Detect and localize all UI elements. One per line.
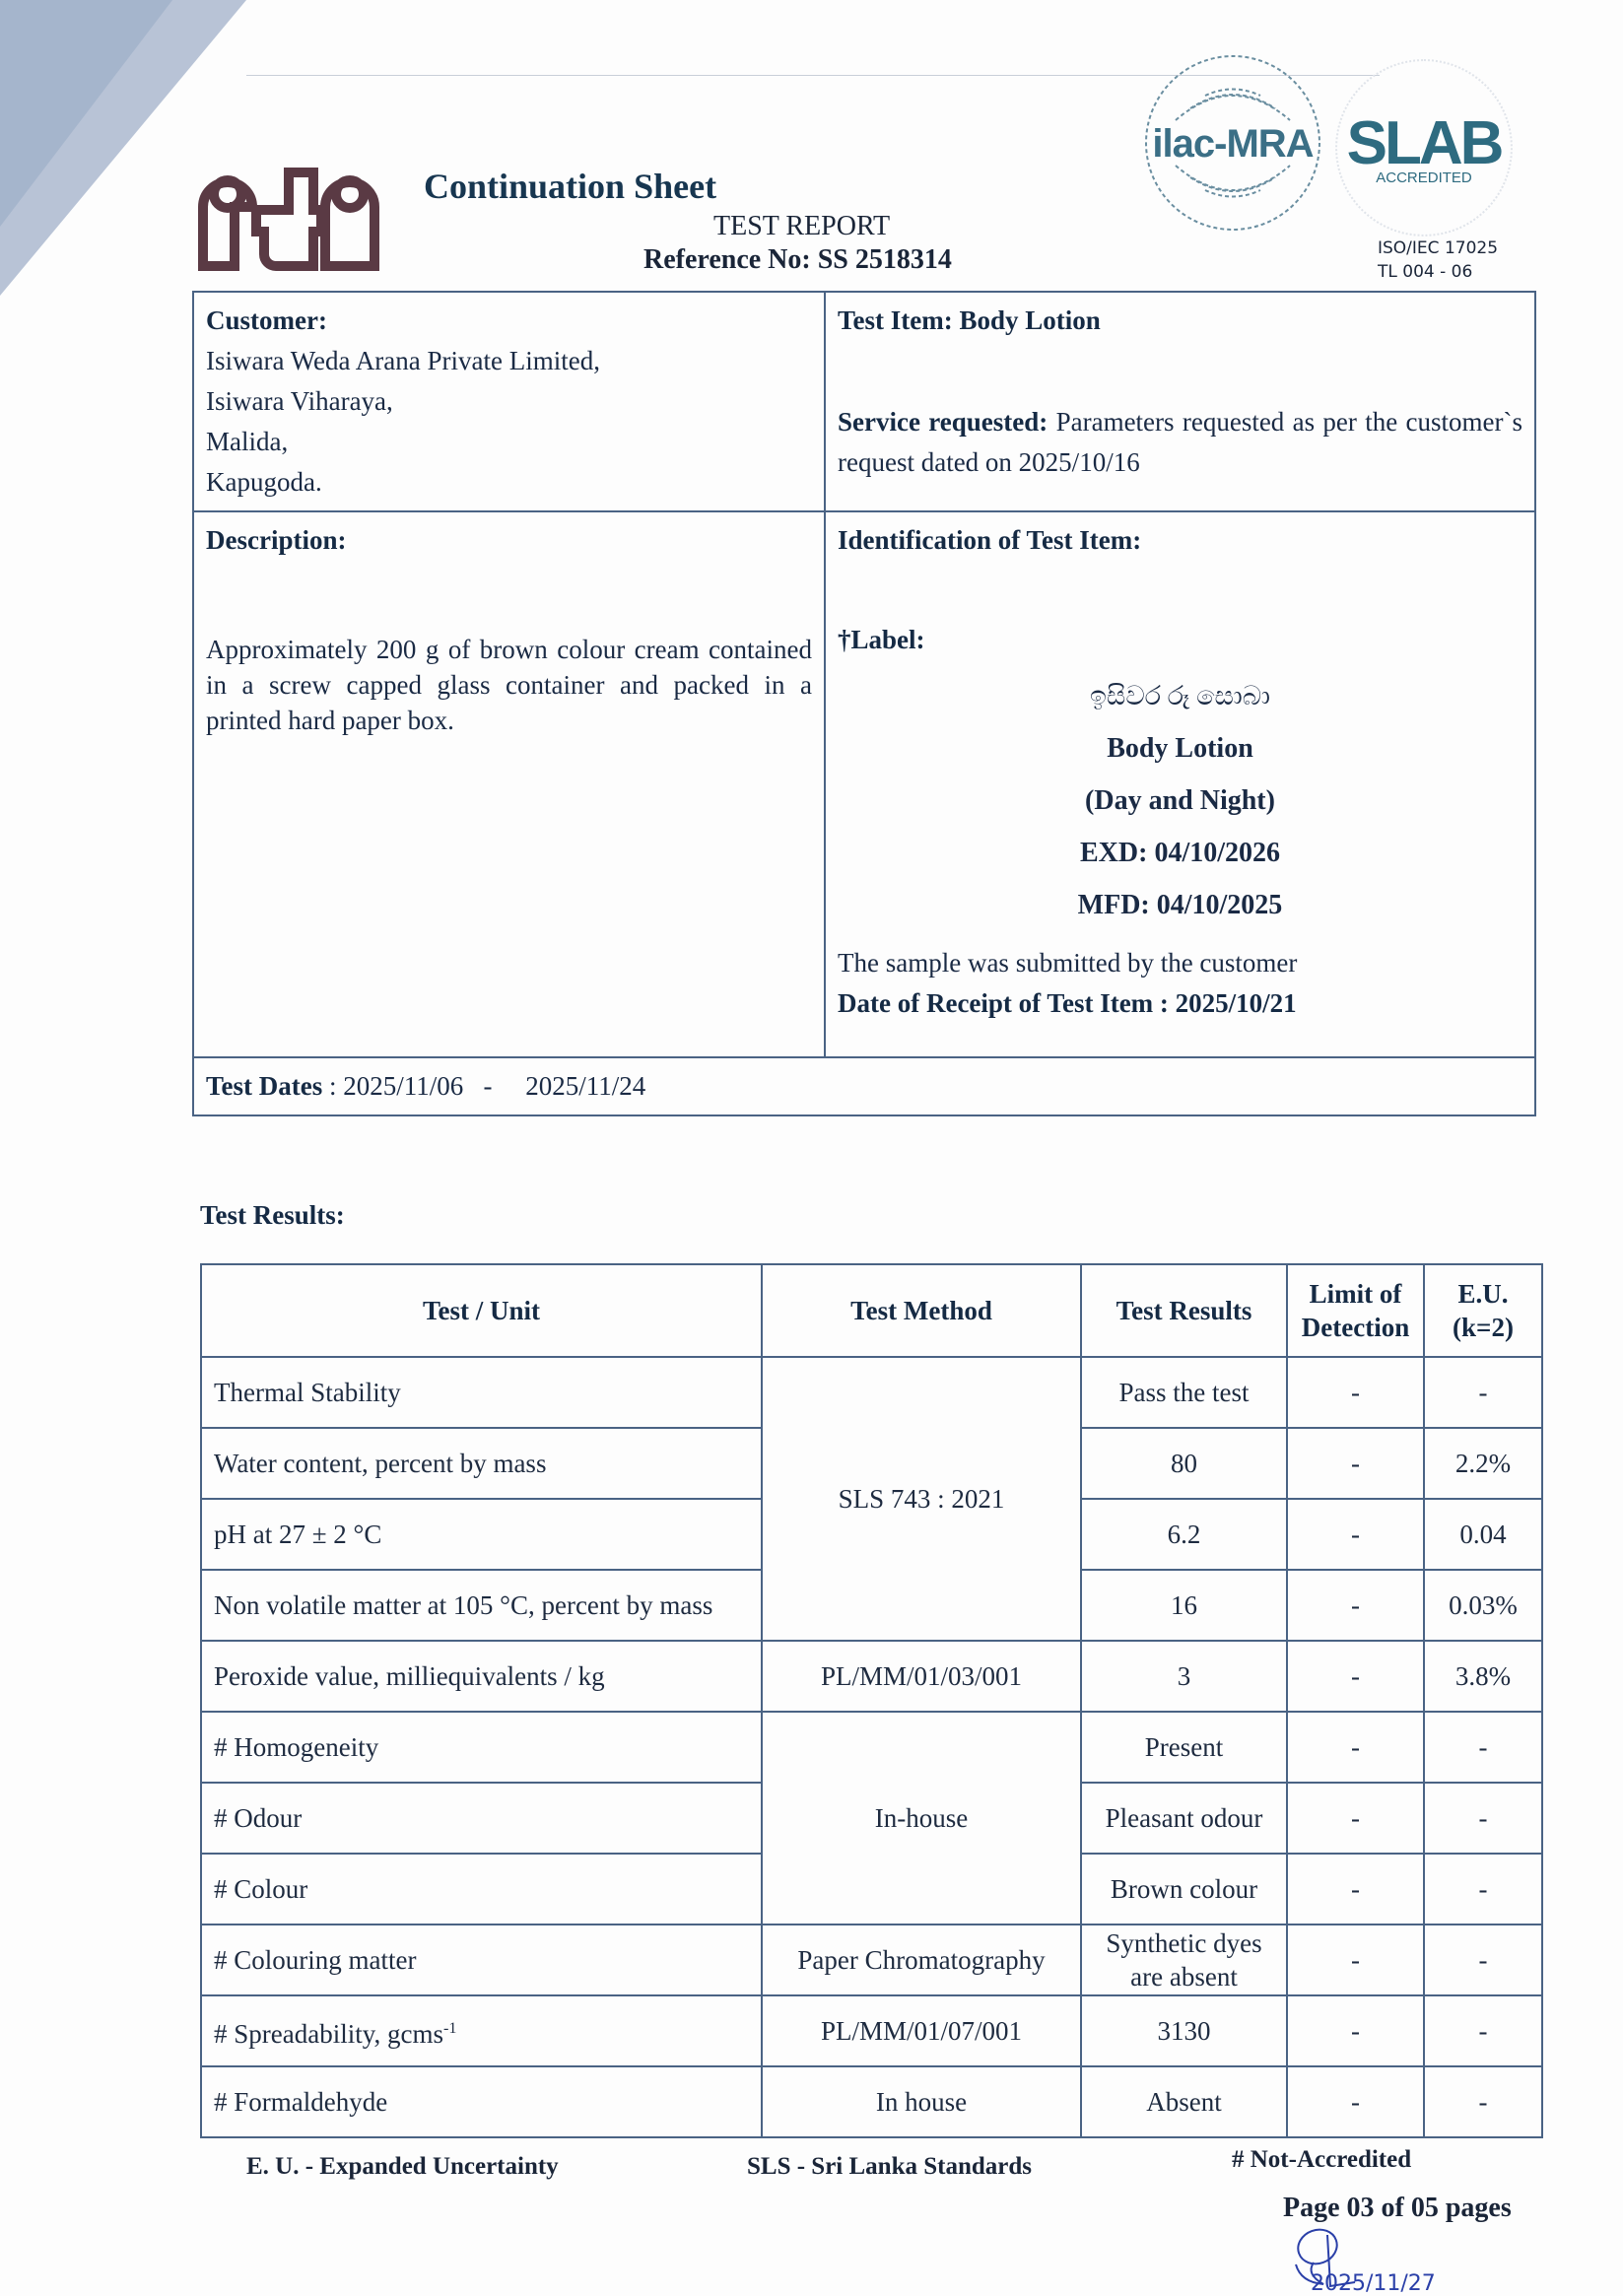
page-corner-shadow bbox=[0, 0, 172, 227]
results-title: Test Results: bbox=[200, 1200, 345, 1231]
test-method: SLS 743 : 2021 bbox=[762, 1357, 1081, 1641]
customer-label: Customer: bbox=[206, 305, 327, 335]
slab-accredited-logo-icon: SLAB ACCREDITED bbox=[1335, 59, 1513, 236]
limit-of-detection: - bbox=[1287, 1499, 1424, 1570]
service-requested: Service requested: Parameters requested … bbox=[838, 402, 1522, 483]
limit-of-detection: - bbox=[1287, 1995, 1424, 2066]
table-row: # HomogeneityIn-housePresent-- bbox=[201, 1712, 1542, 1783]
slab-logo-text: SLAB bbox=[1335, 108, 1513, 178]
test-result: Synthetic dyes are absent bbox=[1081, 1925, 1287, 1995]
report-type: TEST REPORT bbox=[713, 211, 890, 242]
test-result: Pass the test bbox=[1081, 1357, 1287, 1428]
limit-of-detection: - bbox=[1287, 1641, 1424, 1712]
limit-of-detection: - bbox=[1287, 1925, 1424, 1995]
test-date-start: 2025/11/06 bbox=[343, 1071, 463, 1101]
receipt-date-value: : 2025/10/21 bbox=[1160, 988, 1297, 1018]
results-header-row: Test / Unit Test Method Test Results Lim… bbox=[201, 1264, 1542, 1357]
limit-of-detection: - bbox=[1287, 1570, 1424, 1641]
test-name: # Spreadability, gcms-1 bbox=[201, 1995, 762, 2066]
table-row: # Spreadability, gcms-1PL/MM/01/07/00131… bbox=[201, 1995, 1542, 2066]
test-result: Brown colour bbox=[1081, 1854, 1287, 1925]
expanded-uncertainty: 0.03% bbox=[1424, 1570, 1542, 1641]
receipt-date-label: Date of Receipt of Test Item bbox=[838, 988, 1153, 1018]
test-method: PL/MM/01/03/001 bbox=[762, 1641, 1081, 1712]
expanded-uncertainty: - bbox=[1424, 1854, 1542, 1925]
col-test-method: Test Method bbox=[762, 1264, 1081, 1357]
results-table: Test / Unit Test Method Test Results Lim… bbox=[200, 1263, 1543, 2138]
test-date-end: 2025/11/24 bbox=[525, 1071, 645, 1101]
test-name: # Colour bbox=[201, 1854, 762, 1925]
test-dates-cell: Test Dates : 2025/11/06 - 2025/11/24 bbox=[194, 1058, 1534, 1114]
limit-of-detection: - bbox=[1287, 1854, 1424, 1925]
col-test-results: Test Results bbox=[1081, 1264, 1287, 1357]
table-row: Peroxide value, milliequivalents / kgPL/… bbox=[201, 1641, 1542, 1712]
page-title: Continuation Sheet bbox=[424, 166, 716, 207]
table-row: # FormaldehydeIn houseAbsent-- bbox=[201, 2066, 1542, 2137]
limit-of-detection: - bbox=[1287, 2066, 1424, 2137]
test-name-text: # Spreadability, gcms bbox=[214, 2019, 443, 2049]
test-result: 80 bbox=[1081, 1428, 1287, 1499]
col-expanded-uncertainty: E.U. (k=2) bbox=[1424, 1264, 1542, 1357]
test-result: 6.2 bbox=[1081, 1499, 1287, 1570]
description-text: Approximately 200 g of brown colour crea… bbox=[206, 632, 812, 738]
customer-line: Isiwara Viharaya, bbox=[206, 381, 812, 422]
test-result: 3130 bbox=[1081, 1995, 1287, 2066]
test-method: Paper Chromatography bbox=[762, 1925, 1081, 1995]
test-name: # Homogeneity bbox=[201, 1712, 762, 1783]
reference-number: Reference No: SS 2518314 bbox=[643, 244, 952, 276]
test-name: Water content, percent by mass bbox=[201, 1428, 762, 1499]
expanded-uncertainty: - bbox=[1424, 1712, 1542, 1783]
service-requested-label: Service requested: bbox=[838, 407, 1048, 437]
expanded-uncertainty: - bbox=[1424, 1995, 1542, 2066]
description-cell: Description: Approximately 200 g of brow… bbox=[194, 512, 826, 1056]
test-name: # Formaldehyde bbox=[201, 2066, 762, 2137]
description-label: Description: bbox=[206, 525, 346, 555]
expanded-uncertainty: - bbox=[1424, 1357, 1542, 1428]
test-item-label: Test Item: bbox=[838, 305, 953, 335]
label-variant: (Day and Night) bbox=[838, 775, 1522, 827]
test-result: Present bbox=[1081, 1712, 1287, 1783]
test-date-separator: - bbox=[484, 1071, 493, 1101]
test-result: 3 bbox=[1081, 1641, 1287, 1712]
sls-note: SLS - Sri Lanka Standards bbox=[747, 2153, 1032, 2181]
expanded-uncertainty: - bbox=[1424, 1783, 1542, 1854]
label-sinhala-name: ඉසිවර රූ සොබා bbox=[838, 670, 1522, 722]
customer-line: Isiwara Weda Arana Private Limited, bbox=[206, 341, 812, 381]
test-name: Thermal Stability bbox=[201, 1357, 762, 1428]
expanded-uncertainty: - bbox=[1424, 1925, 1542, 1995]
test-result: Pleasant odour bbox=[1081, 1783, 1287, 1854]
test-result: 16 bbox=[1081, 1570, 1287, 1641]
label-expiry: EXD: 04/10/2026 bbox=[838, 827, 1522, 879]
test-method: In house bbox=[762, 2066, 1081, 2137]
receipt-date: Date of Receipt of Test Item : 2025/10/2… bbox=[838, 983, 1522, 1024]
col-test-unit: Test / Unit bbox=[201, 1264, 762, 1357]
tl-number: TL 004 - 06 bbox=[1378, 260, 1498, 284]
customer-cell: Customer: Isiwara Weda Arana Private Lim… bbox=[194, 293, 826, 510]
col-limit-of-detection: Limit of Detection bbox=[1287, 1264, 1424, 1357]
expanded-uncertainty: 0.04 bbox=[1424, 1499, 1542, 1570]
eu-note: E. U. - Expanded Uncertainty bbox=[246, 2153, 559, 2181]
table-row: # Colouring matterPaper ChromatographySy… bbox=[201, 1925, 1542, 1995]
test-name: # Odour bbox=[201, 1783, 762, 1854]
info-row-customer: Customer: Isiwara Weda Arana Private Lim… bbox=[194, 293, 1534, 512]
ilac-logo-text: ilac-MRA bbox=[1141, 122, 1324, 167]
accreditation-info: ISO/IEC 17025 TL 004 - 06 bbox=[1378, 236, 1498, 284]
test-item-cell: Test Item: Body Lotion Service requested… bbox=[826, 293, 1534, 510]
test-item: Test Item: Body Lotion bbox=[838, 301, 1522, 341]
identification-cell: Identification of Test Item: †Label: ඉසි… bbox=[826, 512, 1534, 1056]
test-result: Absent bbox=[1081, 2066, 1287, 2137]
test-method: PL/MM/01/07/001 bbox=[762, 1995, 1081, 2066]
limit-of-detection: - bbox=[1287, 1428, 1424, 1499]
not-accredited-note: # Not-Accredited bbox=[1232, 2146, 1411, 2174]
customer-line: Kapugoda. bbox=[206, 462, 812, 503]
page-number: Page 03 of 05 pages bbox=[1283, 2193, 1512, 2224]
sample-info-table: Customer: Isiwara Weda Arana Private Lim… bbox=[192, 291, 1536, 1116]
test-dates-label: Test Dates bbox=[206, 1071, 322, 1101]
slab-accredited-text: ACCREDITED bbox=[1335, 169, 1513, 186]
test-method: In-house bbox=[762, 1712, 1081, 1925]
test-item-value: Body Lotion bbox=[959, 305, 1100, 335]
expanded-uncertainty: 2.2% bbox=[1424, 1428, 1542, 1499]
info-row-description: Description: Approximately 200 g of brow… bbox=[194, 512, 1534, 1058]
label-product-name: Body Lotion bbox=[838, 722, 1522, 775]
expanded-uncertainty: - bbox=[1424, 2066, 1542, 2137]
identification-label: Identification of Test Item: bbox=[838, 525, 1141, 555]
limit-of-detection: - bbox=[1287, 1712, 1424, 1783]
test-name: # Colouring matter bbox=[201, 1925, 762, 1995]
table-row: Thermal StabilitySLS 743 : 2021Pass the … bbox=[201, 1357, 1542, 1428]
customer-line: Malida, bbox=[206, 422, 812, 462]
submitted-note: The sample was submitted by the customer bbox=[838, 943, 1522, 983]
unit-exponent: -1 bbox=[443, 2019, 456, 2037]
limit-of-detection: - bbox=[1287, 1783, 1424, 1854]
info-row-test-dates: Test Dates : 2025/11/06 - 2025/11/24 bbox=[194, 1058, 1534, 1114]
test-name: Non volatile matter at 105 °C, percent b… bbox=[201, 1570, 762, 1641]
label-manufactured: MFD: 04/10/2025 bbox=[838, 879, 1522, 931]
limit-of-detection: - bbox=[1287, 1357, 1424, 1428]
test-name: Peroxide value, milliequivalents / kg bbox=[201, 1641, 762, 1712]
ilac-mra-logo-icon: ilac-MRA bbox=[1141, 51, 1324, 235]
iti-logo-icon bbox=[195, 163, 382, 271]
iso-standard: ISO/IEC 17025 bbox=[1378, 236, 1498, 260]
expanded-uncertainty: 3.8% bbox=[1424, 1641, 1542, 1712]
test-name: pH at 27 ± 2 °C bbox=[201, 1499, 762, 1570]
signature-date: 2025/11/27 bbox=[1311, 2271, 1436, 2296]
report-page: Continuation Sheet TEST REPORT Reference… bbox=[0, 0, 1623, 2296]
label-title: †Label: bbox=[838, 625, 925, 654]
